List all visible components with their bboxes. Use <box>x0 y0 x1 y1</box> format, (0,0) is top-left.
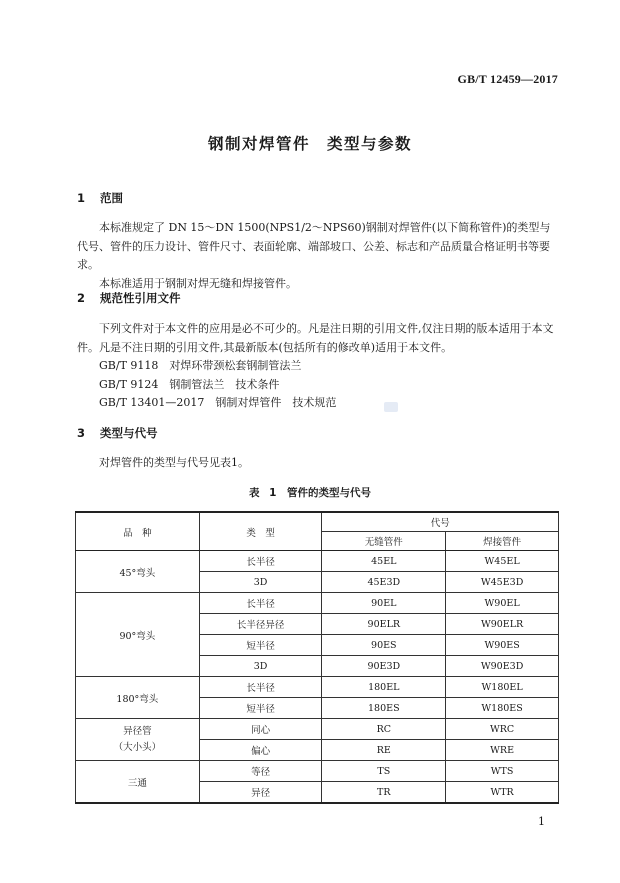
seamless-code-cell: 90ES <box>322 635 446 656</box>
type-cell: 长半径 <box>199 551 322 572</box>
table-caption: 表 1 管件的类型与代号 <box>0 485 620 500</box>
table-row: 异径管 （大小头） 同心 RC WRC <box>76 719 559 740</box>
section-heading-1: 1范围 <box>77 190 123 206</box>
type-cell: 3D <box>199 656 322 677</box>
paragraph: 下列文件对于本文件的应用是必不可少的。凡是注日期的引用文件,仅注日期的版本适用于… <box>77 320 559 357</box>
section-number: 3 <box>77 426 100 440</box>
seamless-code-cell: RC <box>322 719 446 740</box>
type-cell: 短半径 <box>199 698 322 719</box>
header-type: 类 型 <box>199 512 322 551</box>
reference-item: GB/T 13401—2017 钢制对焊管件 技术规范 <box>77 394 559 413</box>
seamless-code-cell: 180EL <box>322 677 446 698</box>
document-title: 钢制对焊管件 类型与参数 <box>0 132 620 154</box>
welded-code-cell: W180EL <box>446 677 559 698</box>
page-number: 1 <box>538 815 545 828</box>
standard-code: GB/T 12459—2017 <box>458 72 558 87</box>
welded-code-cell: W45EL <box>446 551 559 572</box>
welded-code-cell: W90E3D <box>446 656 559 677</box>
section-title: 类型与代号 <box>100 426 158 440</box>
seamless-code-cell: 90EL <box>322 593 446 614</box>
section-heading-2: 2规范性引用文件 <box>77 290 181 306</box>
welded-code-cell: W90EL <box>446 593 559 614</box>
variety-cell: 90°弯头 <box>76 593 200 677</box>
seamless-code-cell: 90ELR <box>322 614 446 635</box>
variety-cell: 三通 <box>76 761 200 804</box>
seamless-code-cell: TS <box>322 761 446 782</box>
welded-code-cell: WRC <box>446 719 559 740</box>
seamless-code-cell: 90E3D <box>322 656 446 677</box>
type-cell: 等径 <box>199 761 322 782</box>
section-1-body: 本标准规定了 DN 15～DN 1500(NPS1/2～NPS60)钢制对焊管件… <box>77 219 559 293</box>
section-2-body: 下列文件对于本文件的应用是必不可少的。凡是注日期的引用文件,仅注日期的版本适用于… <box>77 320 559 413</box>
section-3-body: 对焊管件的类型与代号见表1。 <box>77 454 559 473</box>
variety-label: 异径管 <box>76 724 199 740</box>
type-cell: 偏心 <box>199 740 322 761</box>
welded-code-cell: W90ES <box>446 635 559 656</box>
seamless-code-cell: 45E3D <box>322 572 446 593</box>
type-cell: 长半径异径 <box>199 614 322 635</box>
welded-code-cell: W45E3D <box>446 572 559 593</box>
reference-item: GB/T 9124 钢制管法兰 技术条件 <box>77 376 559 395</box>
type-cell: 同心 <box>199 719 322 740</box>
type-cell: 长半径 <box>199 677 322 698</box>
welded-code-cell: W90ELR <box>446 614 559 635</box>
paragraph: 本标准规定了 DN 15～DN 1500(NPS1/2～NPS60)钢制对焊管件… <box>77 219 559 275</box>
table-row: 三通 等径 TS WTS <box>76 761 559 782</box>
table-row: 90°弯头 长半径 90EL W90EL <box>76 593 559 614</box>
header-welded: 焊接管件 <box>446 532 559 551</box>
section-heading-3: 3类型与代号 <box>77 425 158 441</box>
welded-code-cell: WTR <box>446 782 559 804</box>
variety-cell: 180°弯头 <box>76 677 200 719</box>
type-cell: 3D <box>199 572 322 593</box>
fitting-types-table: 品 种 类 型 代号 无缝管件 焊接管件 45°弯头 长半径 45EL W45E… <box>75 511 559 804</box>
reference-item: GB/T 9118 对焊环带颈松套钢制管法兰 <box>77 357 559 376</box>
variety-label-line2: （大小头） <box>76 740 199 756</box>
header-seamless: 无缝管件 <box>322 532 446 551</box>
seamless-code-cell: 45EL <box>322 551 446 572</box>
table-row: 180°弯头 长半径 180EL W180EL <box>76 677 559 698</box>
paragraph: 对焊管件的类型与代号见表1。 <box>77 454 559 473</box>
seamless-code-cell: RE <box>322 740 446 761</box>
variety-cell: 异径管 （大小头） <box>76 719 200 761</box>
welded-code-cell: W180ES <box>446 698 559 719</box>
section-number: 2 <box>77 291 100 305</box>
welded-code-cell: WTS <box>446 761 559 782</box>
seamless-code-cell: TR <box>322 782 446 804</box>
header-variety: 品 种 <box>76 512 200 551</box>
welded-code-cell: WRE <box>446 740 559 761</box>
type-cell: 长半径 <box>199 593 322 614</box>
section-number: 1 <box>77 191 100 205</box>
seamless-code-cell: 180ES <box>322 698 446 719</box>
table-row: 45°弯头 长半径 45EL W45EL <box>76 551 559 572</box>
header-code: 代号 <box>322 512 559 532</box>
variety-cell: 45°弯头 <box>76 551 200 593</box>
section-title: 范围 <box>100 191 123 205</box>
type-cell: 短半径 <box>199 635 322 656</box>
scan-artifact <box>384 402 398 412</box>
type-cell: 异径 <box>199 782 322 804</box>
section-title: 规范性引用文件 <box>100 291 181 305</box>
